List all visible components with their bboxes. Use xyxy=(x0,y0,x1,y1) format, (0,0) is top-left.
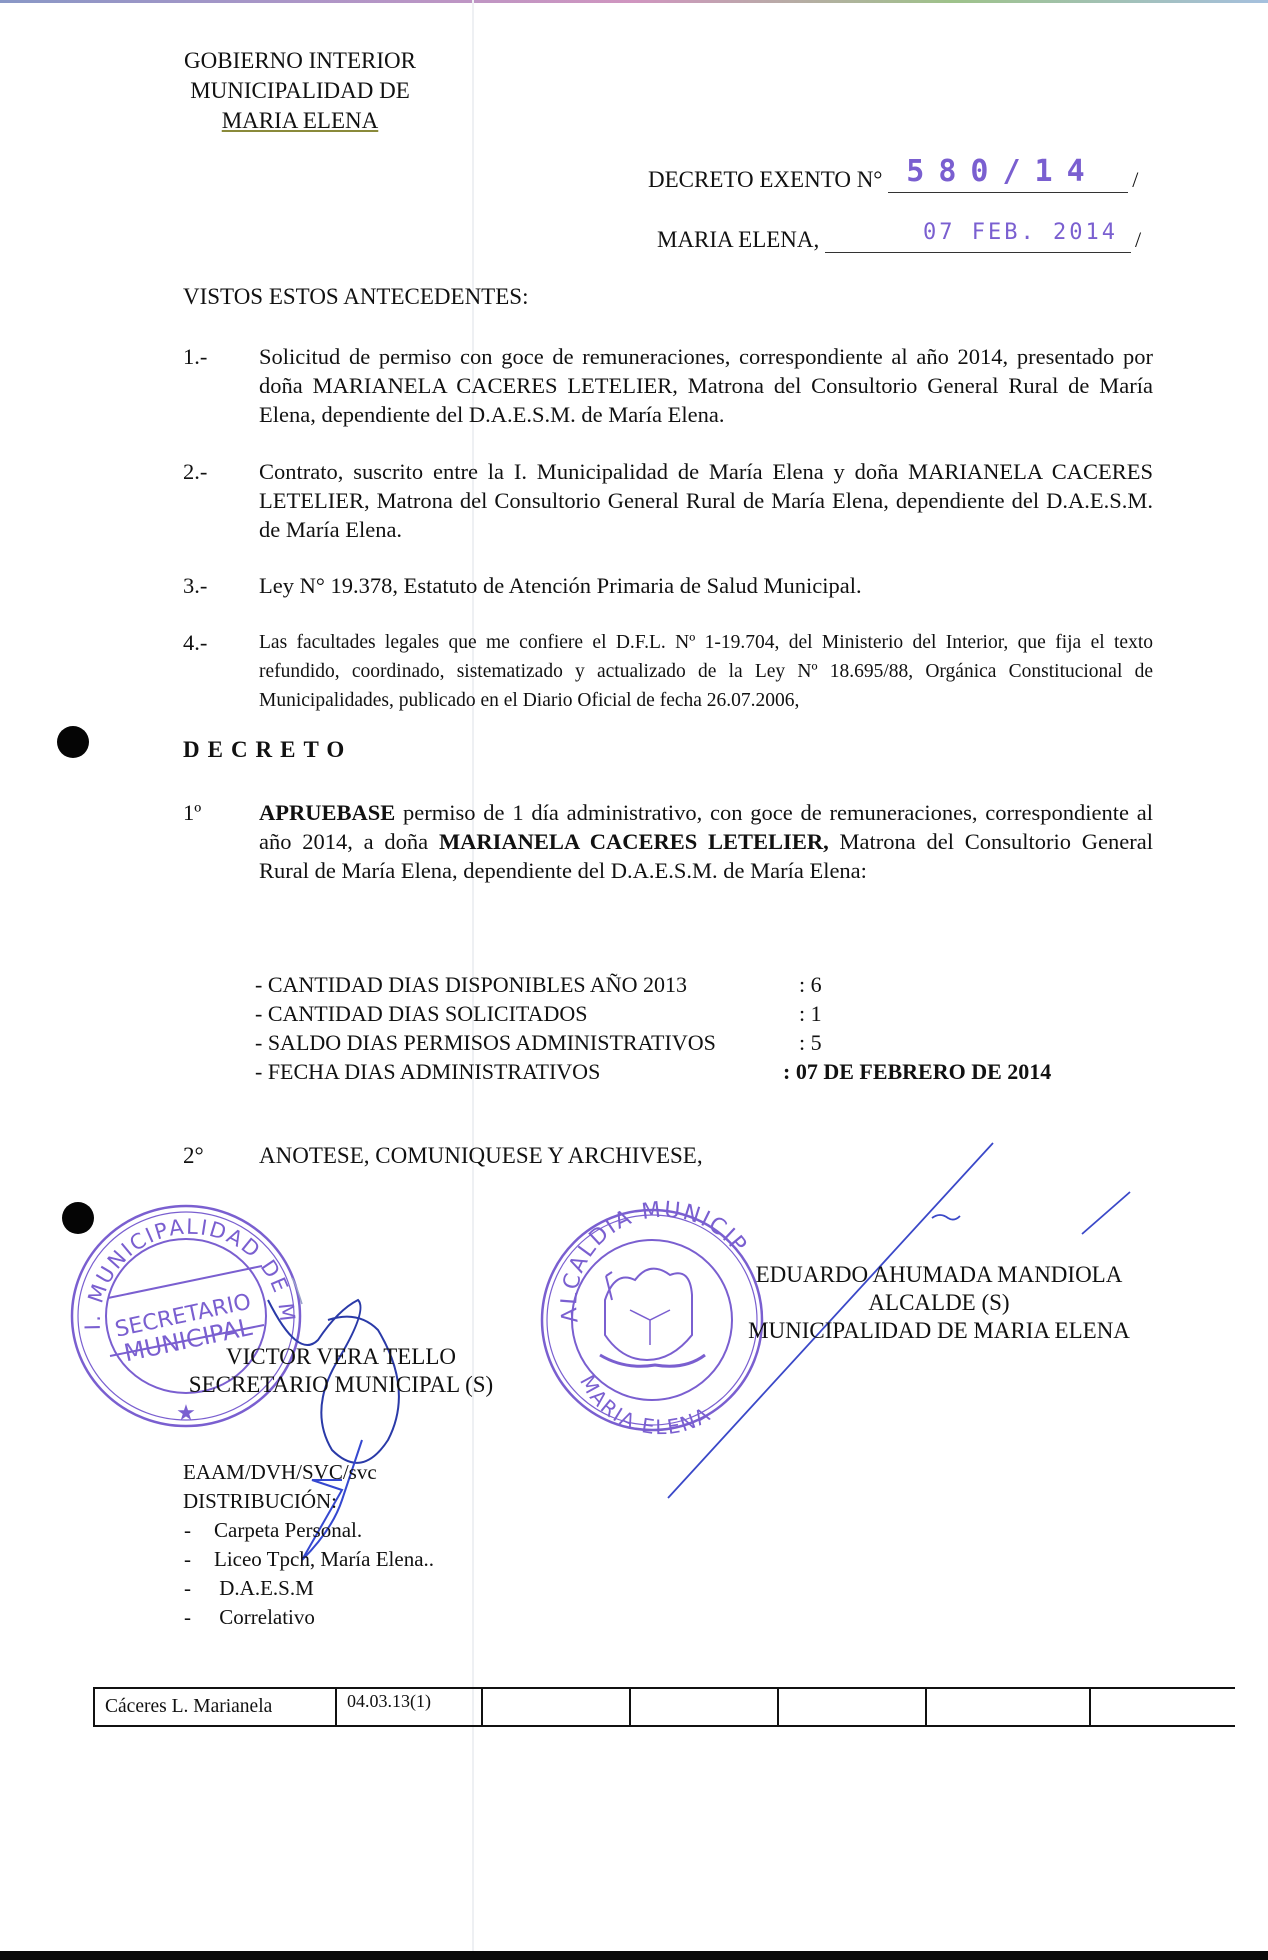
record-cell xyxy=(630,1688,778,1726)
table-row: Cáceres L. Marianela 04.03.13(1) xyxy=(94,1688,1235,1726)
record-cell xyxy=(1090,1688,1235,1726)
hole-punch-mark xyxy=(57,726,89,758)
record-cell-name: Cáceres L. Marianela xyxy=(94,1688,336,1726)
record-cell xyxy=(778,1688,926,1726)
distribution-item: -Carpeta Personal. xyxy=(183,1516,434,1545)
initials: EAAM/DVH/SVC/svc xyxy=(183,1458,434,1487)
distribution-item: -Liceo Tpch, María Elena.. xyxy=(183,1545,434,1574)
article-2: 2° ANOTESE, COMUNIQUESE Y ARCHIVESE, xyxy=(183,1143,703,1169)
mayor-name: EDUARDO AHUMADA MANDIOLA xyxy=(734,1261,1144,1289)
record-table: Cáceres L. Marianela 04.03.13(1) xyxy=(93,1687,1235,1727)
svg-text:SECRETARIO: SECRETARIO xyxy=(113,1290,253,1343)
scan-edge-top xyxy=(0,0,1268,3)
record-cell-code: 04.03.13(1) xyxy=(336,1688,482,1726)
record-cell xyxy=(482,1688,630,1726)
hole-punch-mark xyxy=(62,1202,94,1234)
record-cell xyxy=(926,1688,1090,1726)
distribution-title: DISTRIBUCIÓN: xyxy=(183,1487,434,1516)
letterhead-line-3: MARIA ELENA xyxy=(222,108,379,133)
decree-date: MARIA ELENA, 07 FEB. 2014 / xyxy=(657,226,1141,253)
mayor-title: ALCALDE (S) xyxy=(734,1289,1144,1317)
alcaldia-stamp xyxy=(542,1210,762,1430)
star-icon: ★ xyxy=(176,1400,196,1425)
decree-date-label: MARIA ELENA, xyxy=(657,227,819,252)
mayor-signature-block: EDUARDO AHUMADA MANDIOLA ALCALDE (S) MUN… xyxy=(734,1261,1144,1345)
antecedente-item: 1.- Solicitud de permiso con goce de rem… xyxy=(183,342,1153,429)
letterhead-line-cut: REPUBLICA DE CHILE xyxy=(150,38,450,46)
article-1-lead: APRUEBASE xyxy=(259,800,395,825)
letterhead-line-1: GOBIERNO INTERIOR xyxy=(150,46,450,76)
secretary-name: VICTOR VERA TELLO xyxy=(182,1343,500,1371)
decreto-title: DECRETO xyxy=(183,737,352,763)
decree-number-field: 580/14 xyxy=(888,166,1128,193)
antecedente-item: 4.- Las facultades legales que me confie… xyxy=(183,628,1153,715)
antecedente-item: 2.- Contrato, suscrito entre la I. Munic… xyxy=(183,457,1153,544)
letterhead: REPUBLICA DE CHILE GOBIERNO INTERIOR MUN… xyxy=(150,38,450,136)
svg-text:MARIA ELENA: MARIA ELENA xyxy=(575,1371,715,1439)
secretary-signature-block: VICTOR VERA TELLO SECRETARIO MUNICIPAL (… xyxy=(182,1343,500,1399)
mayor-org: MUNICIPALIDAD DE MARIA ELENA xyxy=(734,1317,1144,1345)
secretary-title: SECRETARIO MUNICIPAL (S) xyxy=(182,1371,500,1399)
decree-number-stamp: 580/14 xyxy=(906,154,1098,189)
distribution-block: EAAM/DVH/SVC/svc DISTRIBUCIÓN: -Carpeta … xyxy=(183,1458,434,1632)
scan-edge-bottom xyxy=(0,1951,1268,1960)
beneficiary-name: MARIANELA CACERES LETELIER, xyxy=(439,829,829,854)
distribution-item: - Correlativo xyxy=(183,1603,434,1632)
decree-number-label: DECRETO EXENTO N° xyxy=(648,167,883,192)
decree-date-field: 07 FEB. 2014 xyxy=(825,226,1131,253)
vistos-title: VISTOS ESTOS ANTECEDENTES: xyxy=(183,284,528,310)
decree-date-stamp: 07 FEB. 2014 xyxy=(923,220,1118,245)
antecedente-item: 3.- Ley N° 19.378, Estatuto de Atención … xyxy=(183,571,1153,600)
decree-number: DECRETO EXENTO N° 580/14 / xyxy=(648,166,1138,193)
letterhead-line-2: MUNICIPALIDAD DE xyxy=(150,76,450,106)
article-1: 1º APRUEBASE permiso de 1 día administra… xyxy=(183,798,1153,885)
distribution-item: - D.A.E.S.M xyxy=(183,1574,434,1603)
